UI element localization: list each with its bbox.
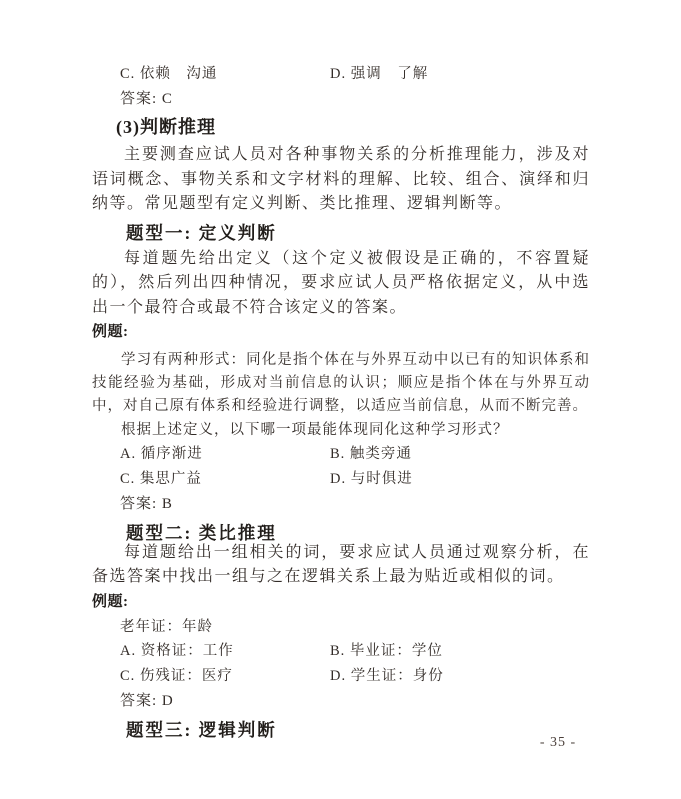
option-c: C. 伤残证：医疗 bbox=[120, 668, 233, 684]
option-b: B. 毕业证：学位 bbox=[330, 639, 443, 664]
option-c: C. 依赖 沟通 bbox=[120, 66, 217, 82]
body-paragraph: 每道题先给出定义（这个定义被假设是正确的，不容置疑的），然后列出四种情况，要求应… bbox=[92, 247, 590, 321]
example-label: 例题: bbox=[92, 320, 590, 345]
document-content: C. 依赖 沟通 D. 强调 了解 答案: C (3)判断推理 主要测查应试人员… bbox=[92, 62, 590, 744]
option-row: C. 集思广益 D. 与时俱进 bbox=[92, 467, 590, 492]
option-d: D. 与时俱进 bbox=[330, 467, 413, 492]
example-label: 例题: bbox=[92, 590, 590, 615]
answer-line: 答案: C bbox=[92, 87, 590, 112]
option-row: C. 伤残证：医疗 D. 学生证：身份 bbox=[92, 664, 590, 689]
analogy-stem: 老年证：年龄 bbox=[92, 615, 590, 639]
option-a: A. 资格证：工作 bbox=[120, 643, 234, 659]
option-b: B. 触类旁通 bbox=[330, 442, 412, 467]
option-row: A. 资格证：工作 B. 毕业证：学位 bbox=[92, 639, 590, 664]
page-number: - 35 - bbox=[513, 735, 603, 751]
answer-line: 答案: B bbox=[92, 492, 590, 517]
body-paragraph: 主要测查应试人员对各种事物关系的分析推理能力，涉及对语词概念、事物关系和文字材料… bbox=[92, 143, 590, 217]
option-d: D. 强调 了解 bbox=[330, 62, 428, 87]
section-heading: (3)判断推理 bbox=[116, 113, 590, 141]
body-paragraph: 每道题给出一组相关的词，要求应试人员通过观察分析，在备选答案中找出一组与之在逻辑… bbox=[92, 541, 590, 590]
option-c: C. 集思广益 bbox=[120, 471, 202, 487]
option-a: A. 循序渐进 bbox=[120, 446, 203, 462]
example-question-line: 根据上述定义，以下哪一项最能体现同化这种学习形式？ bbox=[92, 419, 590, 442]
answer-line: 答案: D bbox=[92, 689, 590, 714]
option-row: C. 依赖 沟通 D. 强调 了解 bbox=[92, 62, 590, 87]
option-row: A. 循序渐进 B. 触类旁通 bbox=[92, 442, 590, 467]
question-type-heading-1: 题型一: 定义判断 bbox=[126, 219, 590, 247]
example-paragraph: 学习有两种形式：同化是指个体在与外界互动中以已有的知识体系和技能经验为基础，形成… bbox=[92, 349, 590, 419]
option-d: D. 学生证：身份 bbox=[330, 664, 444, 689]
document-page: C. 依赖 沟通 D. 强调 了解 答案: C (3)判断推理 主要测查应试人员… bbox=[0, 0, 681, 799]
